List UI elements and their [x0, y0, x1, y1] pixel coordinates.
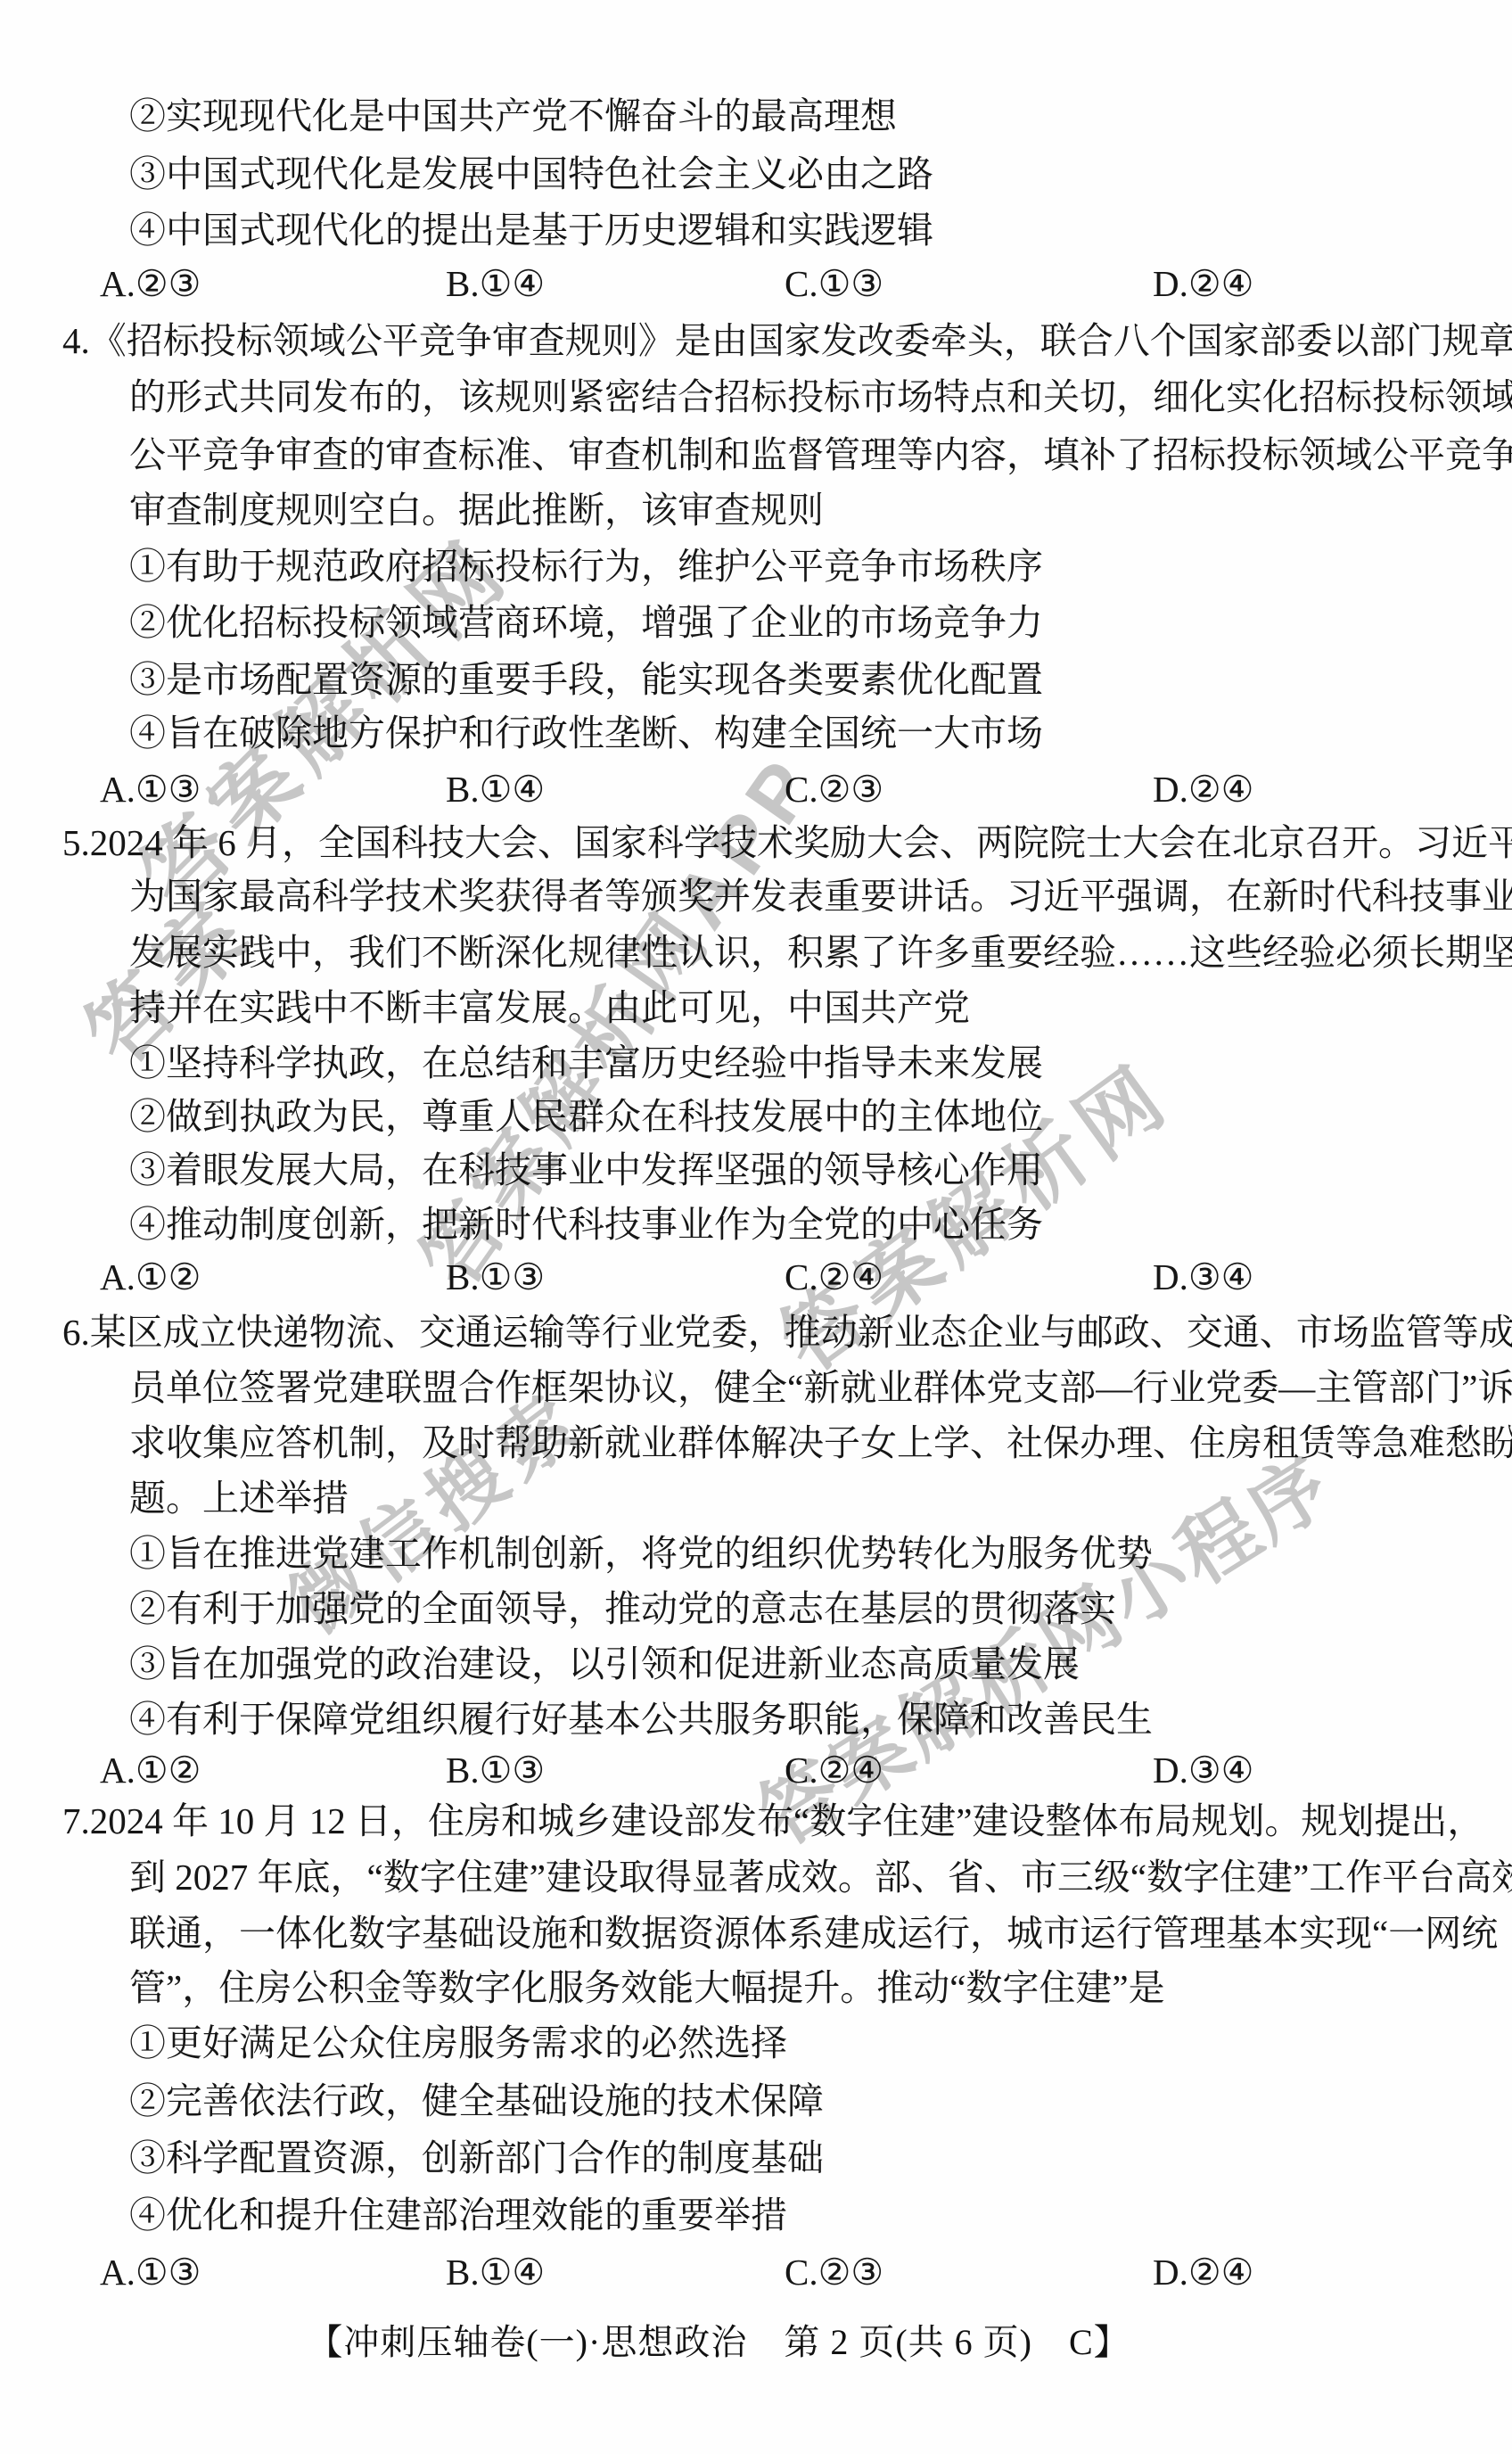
q6-item-2: ②有利于加强党的全面领导，推动党的意志在基层的贯彻落实	[129, 1581, 1116, 1636]
q7-stem-line-2: 到 2027 年底，“数字住建”建设取得显著成效。部、省、市三级“数字住建”工作…	[129, 1849, 1512, 1905]
q5-stem-line-3: 发展实践中，我们不断深化规律性认识，积累了许多重要经验……这些经验必须长期坚	[129, 925, 1512, 980]
q7-option-c: C.②③	[785, 2244, 883, 2300]
q7-item-1: ①更好满足公众住房服务需求的必然选择	[129, 2015, 787, 2071]
q4-item-4: ④旨在破除地方保护和行政性垄断、构建全国统一大市场	[129, 705, 1043, 761]
q7-stem-line-1: 7.2024 年 10 月 12 日，住房和城乡建设部发布“数字住建”建设整体布…	[62, 1793, 1483, 1849]
q7-option-d: D.②④	[1153, 2244, 1253, 2300]
q7-item-2: ②完善依法行政，健全基础设施的技术保障	[129, 2073, 824, 2129]
q3-option-a: A.②③	[100, 256, 201, 311]
q5-option-c: C.②④	[785, 1249, 883, 1305]
q5-options-row: A.①② B.①③ C.②④ D.③④	[0, 1249, 1512, 1305]
q3-option-c: C.①③	[785, 256, 883, 311]
q4-options-row: A.①③ B.①④ C.②③ D.②④	[0, 762, 1512, 817]
q6-stem-line-3: 求收集应答机制，及时帮助新就业群体解决子女上学、社保办理、住房租赁等急难愁盼问	[129, 1415, 1512, 1470]
q5-item-1: ①坚持科学执政，在总结和丰富历史经验中指导未来发展	[129, 1035, 1043, 1091]
q5-stem-line-1: 5.2024 年 6 月，全国科技大会、国家科学技术奖励大会、两院院士大会在北京…	[62, 815, 1512, 870]
q4-stem-line-1: 4.《招标投标领域公平竞争审查规则》是由国家发改委牵头，联合八个国家部委以部门规…	[62, 313, 1512, 368]
q6-option-a: A.①②	[100, 1742, 201, 1798]
q5-item-2: ②做到执政为民，尊重人民群众在科技发展中的主体地位	[129, 1089, 1043, 1144]
page-footer: 【冲刺压轴卷(一)·思想政治 第 2 页(共 6 页) C】	[307, 2315, 1130, 2370]
q3-item-3: ③中国式现代化是发展中国特色社会主义必由之路	[129, 146, 933, 202]
q5-option-b: B.①③	[446, 1249, 545, 1305]
q6-item-1: ①旨在推进党建工作机制创新，将党的组织优势转化为服务优势	[129, 1526, 1153, 1581]
q7-option-a: A.①③	[100, 2244, 201, 2300]
q4-option-b: B.①④	[446, 762, 545, 817]
q4-item-3: ③是市场配置资源的重要手段，能实现各类要素优化配置	[129, 652, 1043, 707]
q7-option-b: B.①④	[446, 2244, 545, 2300]
q4-option-a: A.①③	[100, 762, 201, 817]
q4-item-2: ②优化招标投标领域营商环境，增强了企业的市场竞争力	[129, 595, 1043, 650]
q5-stem-line-2: 为国家最高科学技术奖获得者等颁奖并发表重要讲话。习近平强调，在新时代科技事业	[129, 869, 1512, 924]
q3-option-d: D.②④	[1153, 256, 1253, 311]
q5-item-4: ④推动制度创新，把新时代科技事业作为全党的中心任务	[129, 1197, 1043, 1252]
q5-option-d: D.③④	[1153, 1249, 1253, 1305]
q5-stem-line-4: 持并在实践中不断丰富发展。由此可见，中国共产党	[129, 980, 970, 1035]
q5-item-3: ③着眼发展大局，在科技事业中发挥坚强的领导核心作用	[129, 1142, 1043, 1198]
q4-stem-line-2: 的形式共同发布的，该规则紧密结合招标投标市场特点和关切，细化实化招标投标领域	[129, 369, 1512, 424]
q6-item-3: ③旨在加强党的政治建设，以引领和促进新业态高质量发展	[129, 1636, 1080, 1692]
q4-stem-line-3: 公平竞争审查的审查标准、审查机制和监督管理等内容，填补了招标投标领域公平竞争	[129, 427, 1512, 482]
q7-item-3: ③科学配置资源，创新部门合作的制度基础	[129, 2130, 824, 2186]
q4-stem-line-4: 审查制度规则空白。据此推断，该审查规则	[129, 482, 824, 538]
q6-option-c: C.②④	[785, 1742, 883, 1798]
q4-option-c: C.②③	[785, 762, 883, 817]
q3-option-b: B.①④	[446, 256, 545, 311]
q6-stem-line-1: 6.某区成立快递物流、交通运输等行业党委，推动新业态企业与邮政、交通、市场监管等…	[62, 1305, 1512, 1360]
q4-option-d: D.②④	[1153, 762, 1253, 817]
q7-item-4: ④优化和提升住建部治理效能的重要举措	[129, 2187, 787, 2243]
q6-option-d: D.③④	[1153, 1742, 1253, 1798]
q7-stem-line-4: 管”，住房公积金等数字化服务效能大幅提升。推动“数字住建”是	[129, 1960, 1165, 2015]
exam-page-scan: 答案 答案解析网 答案解析网APP 答案解析网 微信搜索 答案解析网小程序 ②实…	[0, 0, 1512, 2454]
q6-option-b: B.①③	[446, 1742, 545, 1798]
q5-option-a: A.①②	[100, 1249, 201, 1305]
q7-stem-line-3: 联通，一体化数字基础设施和数据资源体系建成运行，城市运行管理基本实现“一网统	[129, 1906, 1498, 1961]
q3-item-4: ④中国式现代化的提出是基于历史逻辑和实践逻辑	[129, 202, 933, 258]
q4-item-1: ①有助于规范政府招标投标行为，维护公平竞争市场秩序	[129, 539, 1043, 594]
q7-options-row: A.①③ B.①④ C.②③ D.②④	[0, 2244, 1512, 2300]
q6-stem-line-2: 员单位签署党建联盟合作框架协议，健全“新就业群体党支部—行业党委—主管部门”诉	[129, 1360, 1512, 1415]
q6-stem-line-4: 题。上述举措	[129, 1470, 349, 1526]
q3-item-2: ②实现现代化是中国共产党不懈奋斗的最高理想	[129, 88, 897, 144]
q6-options-row: A.①② B.①③ C.②④ D.③④	[0, 1742, 1512, 1798]
q6-item-4: ④有利于保障党组织履行好基本公共服务职能，保障和改善民生	[129, 1692, 1153, 1747]
q3-options-row: A.②③ B.①④ C.①③ D.②④	[0, 256, 1512, 311]
